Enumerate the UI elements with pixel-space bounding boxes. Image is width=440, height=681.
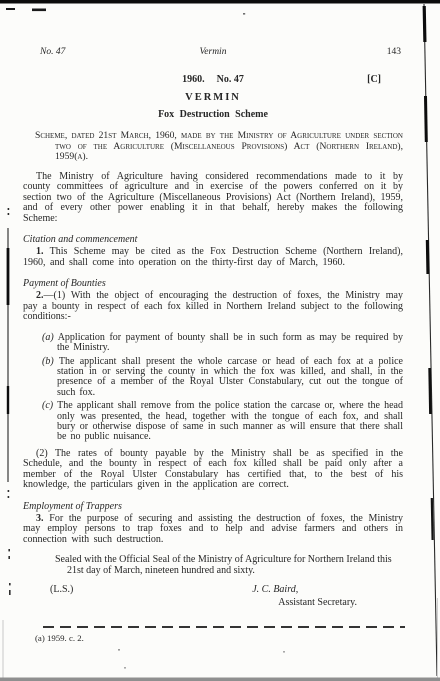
scan-artifact-left-dot-1 bbox=[8, 208, 10, 210]
condition-item-b: (b) The applicant shall present the whol… bbox=[42, 357, 403, 399]
signatory-role: Assistant Secretary. bbox=[278, 597, 357, 608]
section-3-text: For the purpose of securing and assistin… bbox=[23, 513, 403, 545]
section-2-number: 2. bbox=[36, 290, 44, 301]
scan-artifact-right-thick-1 bbox=[424, 6, 425, 42]
header-running-title: Vermin bbox=[23, 47, 403, 57]
condition-a-label: (a) bbox=[42, 332, 54, 343]
footnote-rule bbox=[43, 626, 405, 628]
scan-artifact-left-faint-edge bbox=[3, 620, 4, 678]
section-heading-citation: Citation and commencement bbox=[23, 234, 403, 245]
scan-artifact-left-dot-3 bbox=[8, 490, 10, 492]
scan-artifact-dash-left-1 bbox=[6, 8, 15, 10]
scan-artifact-left-dot-4 bbox=[8, 496, 10, 498]
masthead-year-number: 1960.No. 47 [C] bbox=[23, 74, 403, 85]
scheme-title: Fox Destruction Scheme bbox=[23, 109, 403, 120]
seal-mark: (L.S.) bbox=[50, 584, 73, 608]
condition-c-text: The applicant shall remove from the poli… bbox=[57, 400, 403, 442]
corner-classification-mark: [C] bbox=[367, 74, 381, 85]
scan-artifact-bottom-bar bbox=[0, 678, 440, 681]
signature-block: J. C. Baird, Assistant Secretary. bbox=[252, 584, 357, 608]
section-2-2-paragraph: (2) The rates of bounty payable by the M… bbox=[23, 449, 403, 491]
section-1-paragraph: 1. This Scheme may be cited as the Fox D… bbox=[23, 247, 403, 268]
document-content: No. 47 Vermin 143 1960.No. 47 [C] VERMIN… bbox=[23, 0, 403, 643]
scan-artifact-right-thick-2 bbox=[426, 96, 427, 142]
section-heading-employment: Employment of Trappers bbox=[23, 501, 403, 512]
scan-speck bbox=[118, 649, 120, 651]
scan-artifact-left-dot-8 bbox=[9, 590, 11, 595]
masthead-year: 1960. bbox=[182, 74, 205, 85]
condition-item-a: (a) Application for payment of bounty sh… bbox=[42, 333, 403, 354]
scanned-document-page: No. 47 Vermin 143 1960.No. 47 [C] VERMIN… bbox=[0, 0, 440, 681]
scan-speck bbox=[283, 651, 285, 653]
intro-paragraph: The Ministry of Agriculture having consi… bbox=[23, 172, 403, 225]
section-3-paragraph: 3. For the purpose of securing and assis… bbox=[23, 514, 403, 546]
scan-artifact-left-dot-5 bbox=[8, 549, 10, 551]
scan-artifact-right-faint-edge bbox=[437, 598, 438, 678]
scan-artifact-left-dot-2 bbox=[8, 213, 10, 215]
condition-a-text: Application for payment of bounty shall … bbox=[57, 332, 403, 353]
condition-c-label: (c) bbox=[42, 400, 53, 411]
section-1-text: This Scheme may be cited as the Fox Dest… bbox=[23, 246, 403, 268]
scan-artifact-right-thick-5 bbox=[432, 498, 433, 540]
section-2-1-paragraph: 2.—(1) With the object of encouraging th… bbox=[23, 291, 403, 323]
section-1-number: 1. bbox=[36, 246, 44, 257]
scan-artifact-right-thick-3 bbox=[427, 240, 428, 274]
sealing-clause: Sealed with the Official Seal of the Min… bbox=[55, 555, 397, 577]
scan-artifact-right-line bbox=[424, 4, 437, 676]
scan-speck bbox=[124, 667, 126, 669]
category-title: VERMIN bbox=[23, 92, 403, 103]
masthead-number: No. 47 bbox=[217, 74, 244, 85]
condition-b-text: The applicant shall present the whole ca… bbox=[57, 356, 403, 398]
section-2-1-text: —(1) With the object of encouraging the … bbox=[23, 290, 403, 322]
signatory-name: J. C. Baird, bbox=[252, 584, 298, 595]
scan-artifact-right-thick-4 bbox=[430, 368, 431, 414]
condition-b-label: (b) bbox=[42, 356, 54, 367]
running-header: No. 47 Vermin 143 bbox=[23, 47, 403, 59]
header-page-number: 143 bbox=[387, 47, 401, 57]
scan-artifact-left-dot-7 bbox=[9, 583, 11, 585]
footnote-citation: (a) 1959. c. 2. bbox=[35, 633, 403, 643]
condition-item-c: (c) The applicant shall remove from the … bbox=[42, 401, 403, 443]
section-3-number: 3. bbox=[36, 513, 44, 524]
section-heading-payment: Payment of Bounties bbox=[23, 278, 403, 289]
scan-artifact-left-dot-6 bbox=[8, 556, 10, 559]
signature-row: (L.S.) J. C. Baird, Assistant Secretary. bbox=[23, 584, 403, 608]
preamble-paragraph: Scheme, dated 21st March, 1960, made by … bbox=[35, 131, 403, 163]
